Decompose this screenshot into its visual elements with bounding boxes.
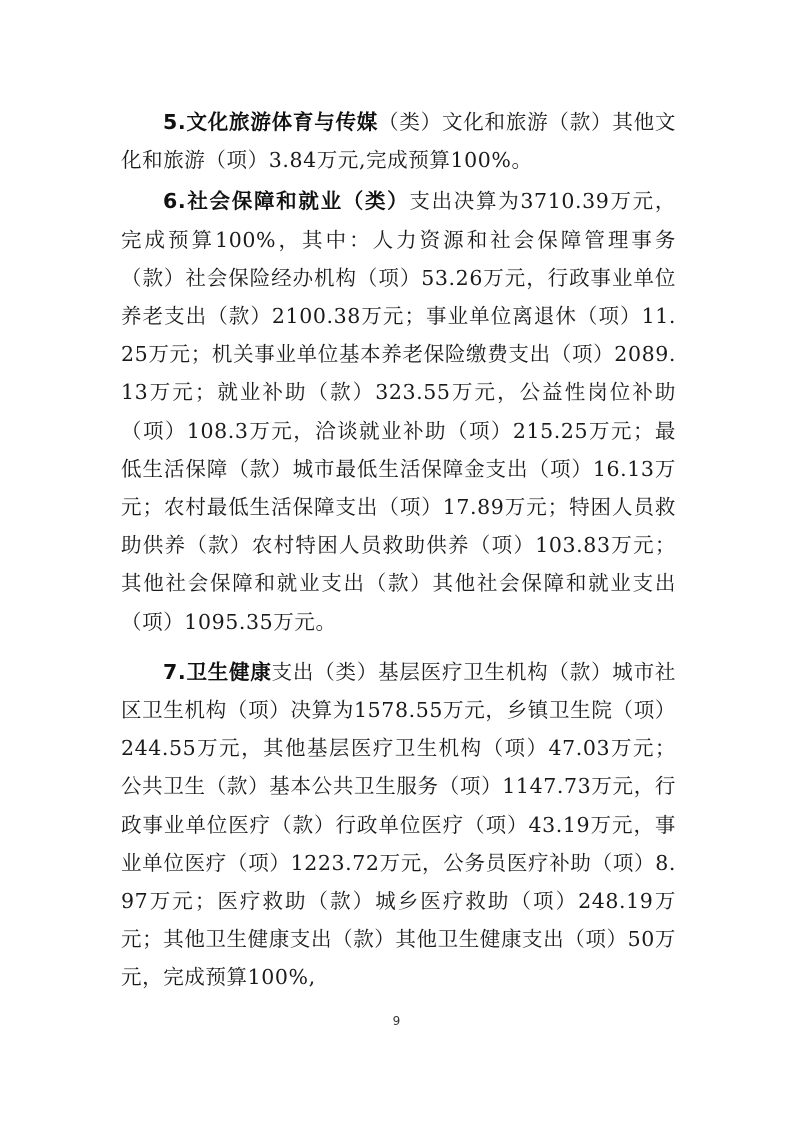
section-heading: 6.社会保障和就业（类）: [163, 189, 409, 213]
section-health: 7.卫生健康支出（类）基层医疗卫生机构（款）城市社区卫生机构（项）决算为1578…: [121, 653, 676, 997]
section-social-security: 6.社会保障和就业（类）支出决算为3710.39万元，完成预算100%，其中：人…: [121, 182, 676, 640]
section-body: 支出（类）基层医疗卫生机构（款）城市社区卫生机构（项）决算为1578.55万元，…: [121, 660, 676, 990]
document-page: 5.文化旅游体育与传媒（类）文化和旅游（款）其他文化和旅游（项）3.84万元,完…: [121, 103, 676, 997]
section-heading: 7.卫生健康: [163, 660, 272, 684]
section-culture-tourism: 5.文化旅游体育与传媒（类）文化和旅游（款）其他文化和旅游（项）3.84万元,完…: [121, 103, 676, 179]
section-heading: 5.文化旅游体育与传媒: [163, 110, 378, 134]
page-number: 9: [0, 1014, 793, 1028]
section-body: 支出决算为3710.39万元，完成预算100%，其中：人力资源和社会保障管理事务…: [121, 189, 676, 633]
